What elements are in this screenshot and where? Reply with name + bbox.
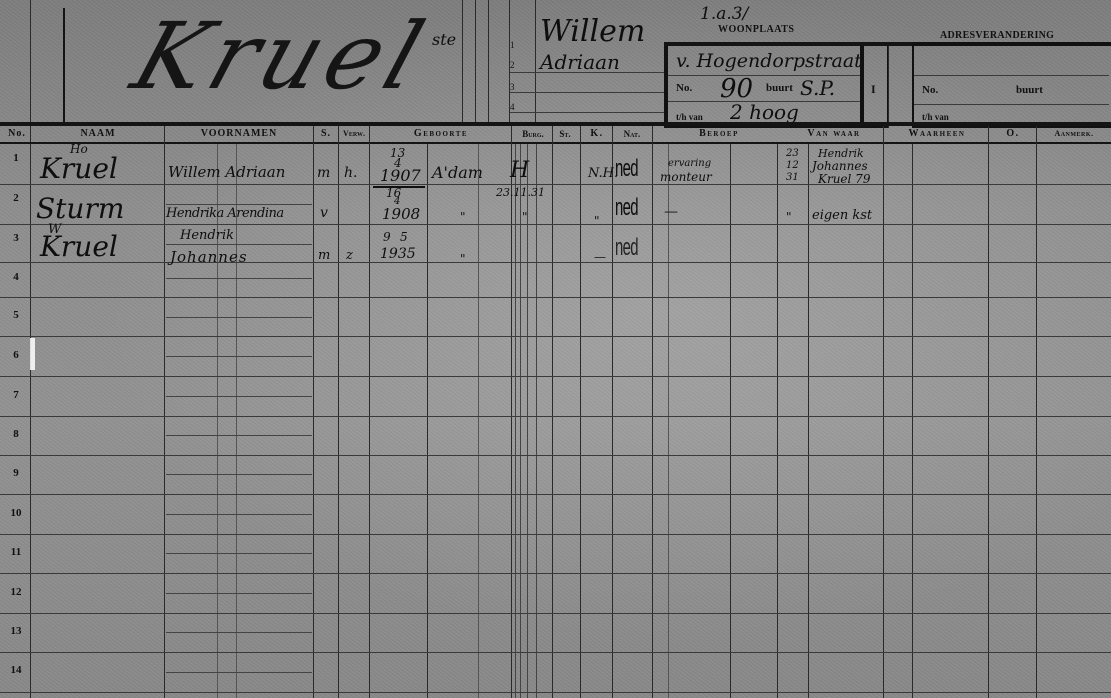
grid-line <box>427 144 428 698</box>
header-no: No. <box>4 126 30 142</box>
sex: m <box>317 165 330 181</box>
header-verw: Verw. <box>339 126 369 142</box>
van-waar-line-1: eigen kst <box>812 208 872 223</box>
woonplaats-buurt-label: buurt <box>766 82 793 94</box>
woonplaats-buurt-value: S.P. <box>800 76 835 100</box>
row-line <box>0 224 1111 225</box>
row-line <box>0 573 1111 574</box>
row-line <box>0 336 1111 337</box>
row-number: 4 <box>4 271 28 283</box>
voornamen: Hendrika Arendina <box>166 206 284 221</box>
row-line <box>0 455 1111 456</box>
grid-line <box>478 144 479 698</box>
grid-line <box>515 144 516 698</box>
woonplaats-column-marker: I <box>871 82 876 97</box>
half-row-line <box>166 204 312 205</box>
row-number: 8 <box>4 428 28 440</box>
top-code: 1.a.3/ <box>700 4 748 24</box>
half-row-line <box>166 278 312 279</box>
woonplaats-no-label: No. <box>676 82 692 94</box>
grid-line <box>536 144 537 698</box>
half-row-line <box>166 514 312 515</box>
header-naam: NAAM <box>32 126 164 142</box>
row-line <box>0 494 1111 495</box>
grid-line <box>63 8 65 122</box>
row-line <box>0 262 1111 263</box>
voornamen-line-2: Johannes <box>170 248 248 266</box>
grid-line <box>535 0 536 126</box>
scan-artifact <box>30 338 35 370</box>
grid-line <box>236 144 237 698</box>
header-van-waar: Van waar <box>786 126 882 142</box>
row-number: 9 <box>4 467 28 479</box>
birth-year: 1907 <box>380 166 421 185</box>
row-line <box>0 652 1111 653</box>
header-st: St. <box>552 126 578 142</box>
grid-line <box>488 0 489 126</box>
half-row-line <box>166 593 312 594</box>
row-line <box>0 184 1111 185</box>
adresverandering-label: ADRESVERANDERING <box>940 30 1054 41</box>
row-number: 3 <box>4 232 28 244</box>
half-row-line <box>166 553 312 554</box>
header-nat: Nat. <box>614 126 650 142</box>
nationality: ned <box>615 155 638 183</box>
burg: H <box>510 158 529 183</box>
half-row-line <box>166 396 312 397</box>
header-waarheen: Waarheen <box>886 126 988 142</box>
row-line <box>0 613 1111 614</box>
woonplaats-street: v. Hogendorpstraat <box>676 50 862 72</box>
row-line <box>0 297 1111 298</box>
row-number: 7 <box>4 389 28 401</box>
grid-line <box>808 144 809 698</box>
nationality: ned <box>615 234 638 262</box>
surname-suffix: ste <box>432 30 456 49</box>
given-line-number: 2 <box>510 60 515 70</box>
half-row-line <box>166 632 312 633</box>
grid-line <box>914 75 1109 76</box>
birth-month: 5 <box>400 230 408 244</box>
row-line <box>0 534 1111 535</box>
given-name-1: Willem <box>540 14 645 49</box>
row-number: 13 <box>4 625 28 637</box>
burg-date: 23.11.31 <box>496 186 545 199</box>
row-number: 14 <box>4 664 28 676</box>
naam: Sturm <box>36 192 124 225</box>
kerk: — <box>594 250 606 264</box>
header-burg: Burg. <box>514 126 552 142</box>
voornamen: Willem Adriaan <box>168 163 285 181</box>
row-number: 5 <box>4 309 28 321</box>
van-waar-date-month: 12 <box>786 160 799 171</box>
grid-line <box>475 0 476 126</box>
header-k: K. <box>583 126 611 142</box>
birth-day: 9 <box>383 230 391 244</box>
row-number: 2 <box>4 192 28 204</box>
grid-line <box>730 144 731 698</box>
half-row-line <box>166 435 312 436</box>
header-voornamen: VOORNAMEN <box>166 126 312 142</box>
sex: m <box>318 248 330 263</box>
adresverandering-buurt-label: buurt <box>1016 84 1043 96</box>
naam: Kruel <box>40 152 118 185</box>
kerk: " <box>594 214 600 228</box>
kerk: N.H. <box>588 166 618 181</box>
header-s: S. <box>314 126 338 142</box>
header-geboorte: Geboorte <box>371 126 511 142</box>
row-line <box>0 692 1111 693</box>
grid-line <box>668 144 669 698</box>
nationality: ned <box>615 194 638 222</box>
grid-line <box>510 112 665 113</box>
birth-year: 1935 <box>380 246 416 262</box>
birth-year: 1908 <box>382 205 420 223</box>
beroep-line-1: — <box>664 204 678 220</box>
row-line <box>0 376 1111 377</box>
grid-line <box>527 144 528 698</box>
grid-line <box>510 92 665 93</box>
half-row-line <box>166 317 312 318</box>
adresverandering-th-van-label: t/h van <box>922 112 949 122</box>
sex: v <box>320 205 328 221</box>
row-number: 12 <box>4 586 28 598</box>
grid-line <box>462 0 463 126</box>
row-number: 11 <box>4 546 28 558</box>
birth-place: A'dam <box>432 163 483 182</box>
burg: " <box>522 210 528 224</box>
van-waar-line-3: Kruel 79 <box>818 172 870 186</box>
grid-line <box>888 42 889 128</box>
grid-line <box>520 144 521 698</box>
half-row-line <box>166 474 312 475</box>
half-row-line <box>166 356 312 357</box>
row-number: 1 <box>4 152 28 164</box>
header-bottom-rule <box>0 142 1111 144</box>
half-row-line <box>166 672 312 673</box>
adresverandering-no-label: No. <box>922 84 938 96</box>
van-waar-date-day: " <box>786 210 792 224</box>
naam: Kruel <box>40 230 118 263</box>
woonplaats-label: WOONPLAATS <box>718 24 795 35</box>
grid-line <box>777 144 778 698</box>
woonplaats-th-van-value: 2 hoog <box>730 100 799 124</box>
given-line-number: 4 <box>510 102 515 112</box>
given-name-2: Adriaan <box>540 50 620 74</box>
given-line-number: 3 <box>510 82 515 92</box>
header-o: O. <box>992 126 1034 142</box>
row-line <box>0 416 1111 417</box>
given-line-number: 1 <box>510 40 515 50</box>
verw: z <box>346 248 353 263</box>
van-waar-line-2: Johannes <box>812 159 868 173</box>
van-waar-date-year: 31 <box>786 172 799 183</box>
van-waar-date-day: 23 <box>786 148 799 159</box>
voornamen-line-1: Hendrik <box>180 228 234 243</box>
birth-place: " <box>460 252 466 266</box>
half-row-line <box>166 244 312 245</box>
header-aanmerk: Aanmerk. <box>1038 126 1110 142</box>
row-number: 6 <box>4 349 28 361</box>
verw: h. <box>344 165 357 181</box>
registration-card: Kruel ste 1 2 3 4 Willem Adriaan 1.a.3/ … <box>0 0 1111 698</box>
beroep-line-2: monteur <box>660 170 712 184</box>
grid-line <box>912 144 913 698</box>
birth-place: " <box>460 210 466 224</box>
grid-line <box>914 104 1109 105</box>
header-beroep: Beroep <box>654 126 784 142</box>
beroep-line-1: ervaring <box>668 158 711 169</box>
row-number: 10 <box>4 507 28 519</box>
woonplaats-th-van-label: t/h van <box>676 112 703 122</box>
surname-heading: Kruel <box>120 2 442 112</box>
